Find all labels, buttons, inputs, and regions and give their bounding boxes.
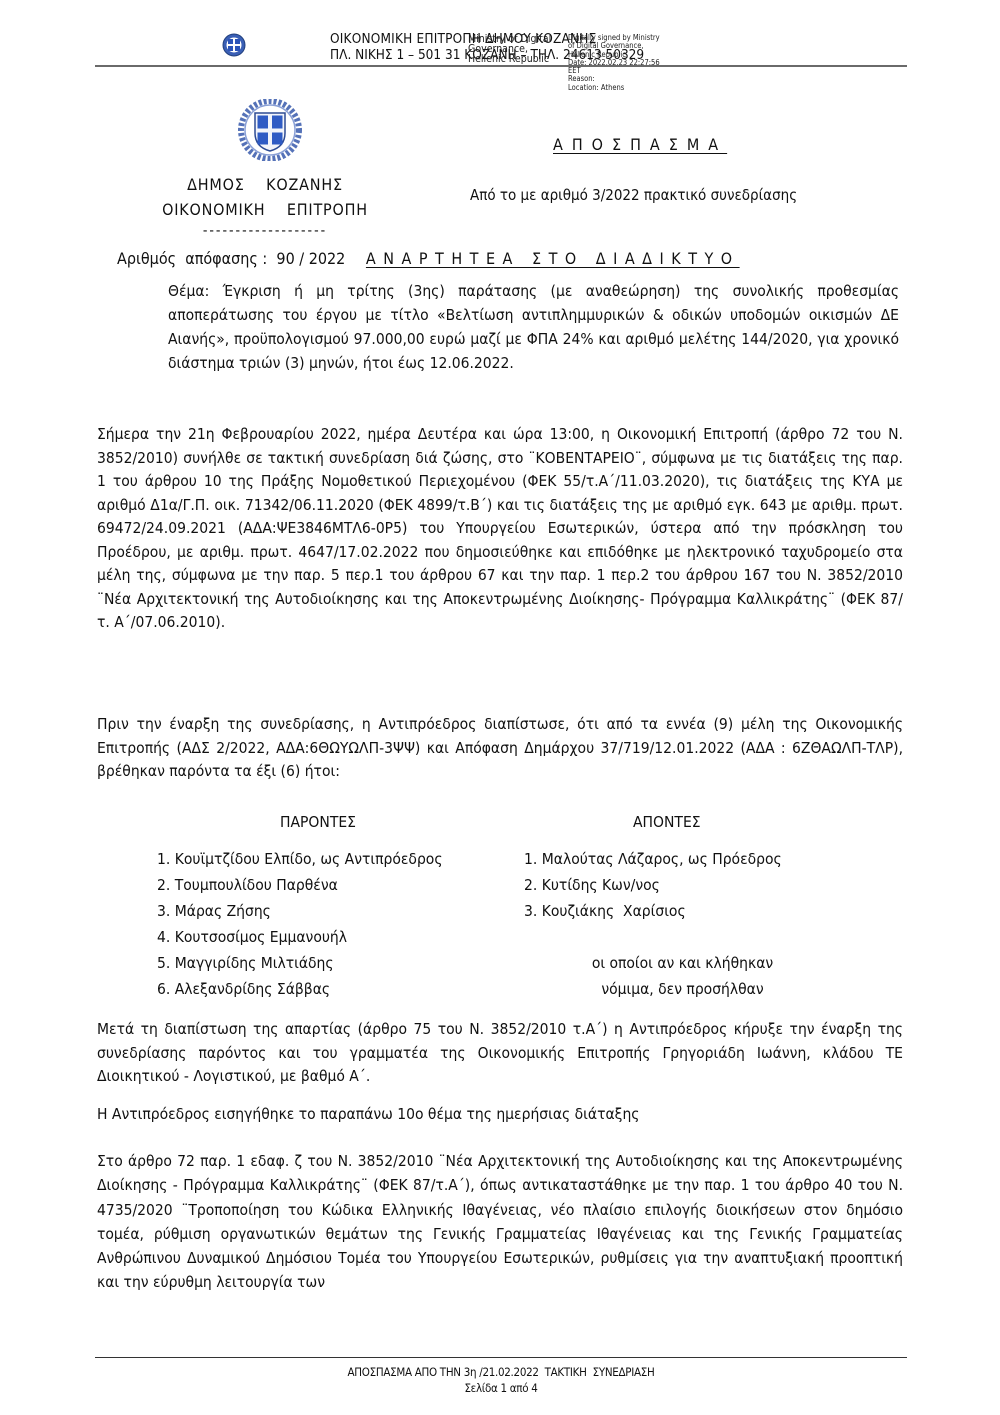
present-heading: ΠΑΡΟΝΤΕΣ [280,813,356,831]
body-paragraph: Στο άρθρο 72 παρ. 1 εδαφ. ζ του Ν. 3852/… [97,1149,903,1295]
list-item: 3. Κουζιάκης Χαρίσιος [524,898,782,924]
page-footer: ΑΠΟΣΠΑΣΜΑ ΑΠΟ ΤΗΝ 3η /21.02.2022 ΤΑΚΤΙΚΗ… [95,1364,907,1396]
footer-title: ΑΠΟΣΠΑΣΜΑ ΑΠΟ ΤΗΝ 3η /21.02.2022 ΤΑΚΤΙΚΗ… [95,1364,907,1380]
subject-paragraph: Θέμα: Έγκριση ή μη τρίτης (3ης) παράταση… [168,279,899,375]
digital-signature-details[interactable]: Digitally signed by Ministry of Digital … [568,34,678,92]
greek-coat-of-arms-icon [238,99,302,161]
absent-note-line: οι οποίοι αν και κλήθηκαν [530,950,835,976]
body-paragraph: Πριν την έναρξη της συνεδρίασης, η Αντιπ… [97,713,903,784]
page-number: Σελίδα 1 από 4 [95,1380,907,1396]
decision-number-row: Αριθμός απόφασης : 90 / 2022 ΑΝΑΡΤΗΤΕΑ Σ… [117,249,740,268]
list-item: 1. Κουϊμτζίδου Ελπίδο, ως Αντιπρόεδρος [157,846,443,872]
list-item: 4. Κουτσοσίμος Εμμανουήλ [157,924,443,950]
digital-signature-label: Ministry of Digital Governance, Hellenic… [468,34,568,64]
minutes-reference: Από το με αριθμό 3/2022 πρακτικό συνεδρί… [470,186,797,204]
absent-members-list: 1. Μαλούτας Λάζαρος, ως Πρόεδρος 2. Κυτί… [524,846,782,924]
header-divider [95,65,907,67]
absent-note-line: νόμιμα, δεν προσήλθαν [530,976,835,1002]
list-item: 2. Κυτίδης Κων/νος [524,872,782,898]
list-item: 2. Τουμπουλίδου Παρθένα [157,872,443,898]
document-title: ΑΠΟΣΠΑΣΜΑ [553,135,727,154]
dashed-divider: ------------------- [130,222,400,240]
list-item: 5. Μαγγιρίδης Μιλτιάδης [157,950,443,976]
body-paragraph: Σήμερα την 21η Φεβρουαρίου 2022, ημέρα Δ… [97,423,903,635]
committee-name: ΟΙΚΟΝΟΜΙΚΗ ΕΠΙΤΡΟΠΗ [130,197,400,222]
municipality-name: ΔΗΜΟΣ ΚΟΖΑΝΗΣ [130,172,400,197]
list-item: 1. Μαλούτας Λάζαρος, ως Πρόεδρος [524,846,782,872]
signature-date: Date: 2022.02.23 22:27:56 [568,59,678,67]
decision-number: Αριθμός απόφασης : 90 / 2022 [117,249,345,268]
present-members-list: 1. Κουϊμτζίδου Ελπίδο, ως Αντιπρόεδρος 2… [157,846,443,1002]
list-item: 6. Αλεξανδρίδης Σάββας [157,976,443,1002]
signature-location: Location: Athens [568,84,678,92]
municipality-block: ΔΗΜΟΣ ΚΟΖΑΝΗΣ ΟΙΚΟΝΟΜΙΚΗ ΕΠΙΤΡΟΠΗ ------… [130,172,400,240]
footer-divider [95,1357,907,1358]
list-item: 3. Μάρας Ζήσης [157,898,443,924]
signature-line: Hellenic Republic [468,54,568,64]
publish-online-notice: ΑΝΑΡΤΗΤΕΑ ΣΤΟ ΔΙΑΔΙΚΤΥΟ [366,249,740,268]
absent-heading: ΑΠΟΝΤΕΣ [633,813,701,831]
body-paragraph: Η Αντιπρόεδρος εισηγήθηκε το παραπάνω 10… [97,1103,903,1127]
absent-note: οι οποίοι αν και κλήθηκαν νόμιμα, δεν πρ… [530,950,835,1002]
greek-coat-of-arms-icon [222,33,246,57]
body-paragraph: Μετά τη διαπίστωση της απαρτίας (άρθρο 7… [97,1018,903,1089]
